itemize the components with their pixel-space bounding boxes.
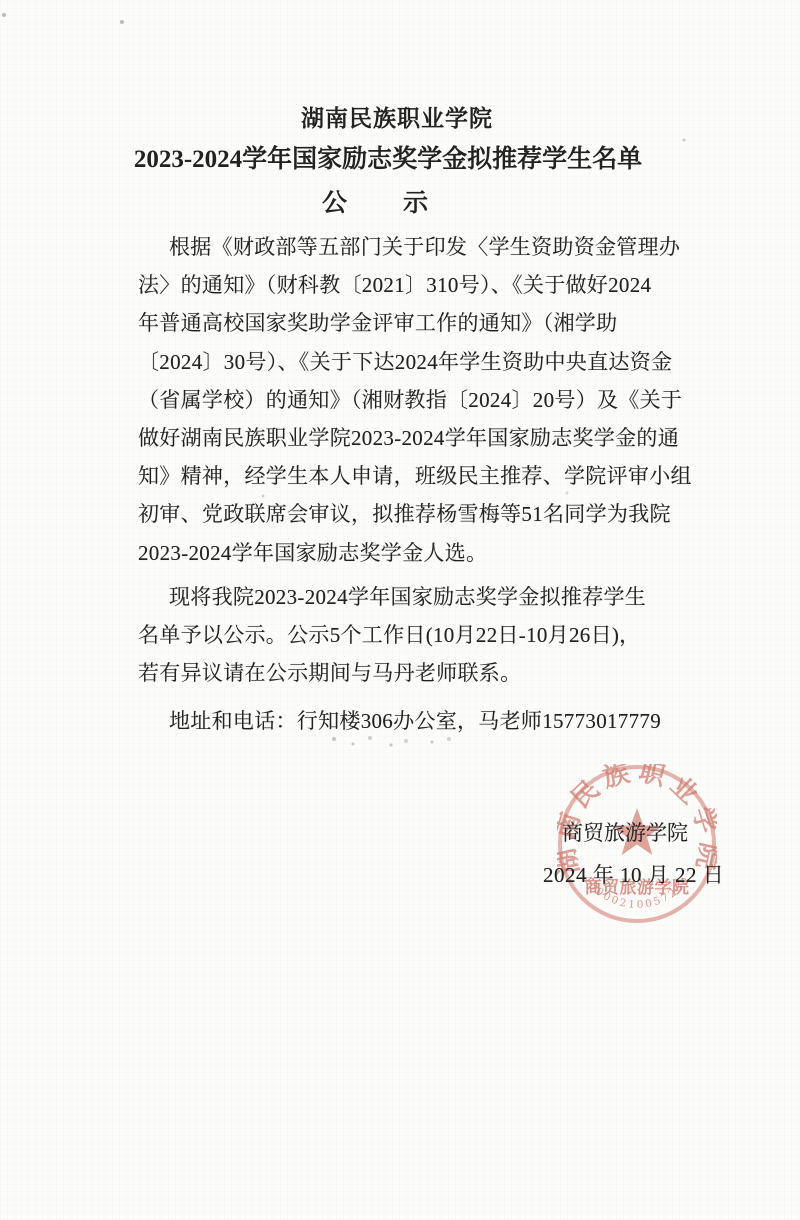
text-line: 法〉的通知》（财科教〔2021〕310号）、《关于做好2024	[138, 266, 698, 304]
title-subject: 2023-2024学年国家励志奖学金拟推荐学生名单	[0, 143, 788, 177]
text-line: （省属学校）的通知》（湘财教指〔2024〕20号）及《关于	[138, 381, 698, 419]
text-line: 地址和电话：行知楼306办公室，马老师15773017779	[138, 702, 698, 740]
signature-date: 2024 年 10 月 22 日	[543, 859, 724, 889]
title-organization: 湖南民族职业学院	[0, 103, 797, 134]
paragraph: 根据《财政部等五部门关于印发〈学生资助资金管理办法〉的通知》（财科教〔2021〕…	[138, 228, 698, 572]
text-line: 年普通高校国家奖助学金评审工作的通知》（湘学助	[138, 304, 698, 342]
text-line: 2023-2024学年国家励志奖学金人选。	[138, 534, 698, 572]
document-page: 湖南民族职业学院 2023-2024学年国家励志奖学金拟推荐学生名单 公 示 根…	[0, 0, 800, 1220]
text-line: 初审、党政联席会审议，拟推荐杨雪梅等51名同学为我院	[138, 495, 698, 533]
text-line: 现将我院2023-2024学年国家励志奖学金拟推荐学生	[138, 578, 698, 616]
title-announcement: 公 示	[0, 187, 776, 221]
text-line: 名单予以公示。公示5个工作日(10月22日-10月26日)，	[138, 616, 698, 654]
document-header: 湖南民族职业学院 2023-2024学年国家励志奖学金拟推荐学生名单 公 示	[0, 0, 800, 221]
document-body: 根据《财政部等五部门关于印发〈学生资助资金管理办法〉的通知》（财科教〔2021〕…	[138, 228, 698, 740]
text-line: 根据《财政部等五部门关于印发〈学生资助资金管理办	[138, 228, 698, 266]
text-line: 〔2024〕30号）、《关于下达2024年学生资助中央直达资金	[138, 343, 698, 381]
text-line: 知》精神，经学生本人申请，班级民主推荐、学院评审小组	[138, 457, 698, 495]
paragraph: 现将我院2023-2024学年国家励志奖学金拟推荐学生名单予以公示。公示5个工作…	[138, 578, 698, 693]
text-line: 若有异议请在公示期间与马丹老师联系。	[138, 654, 698, 692]
signature-department: 商贸旅游学院	[562, 817, 688, 847]
paragraph: 地址和电话：行知楼306办公室，马老师15773017779	[138, 702, 698, 740]
text-line: 做好湖南民族职业学院2023-2024学年国家励志奖学金的通	[138, 419, 698, 457]
